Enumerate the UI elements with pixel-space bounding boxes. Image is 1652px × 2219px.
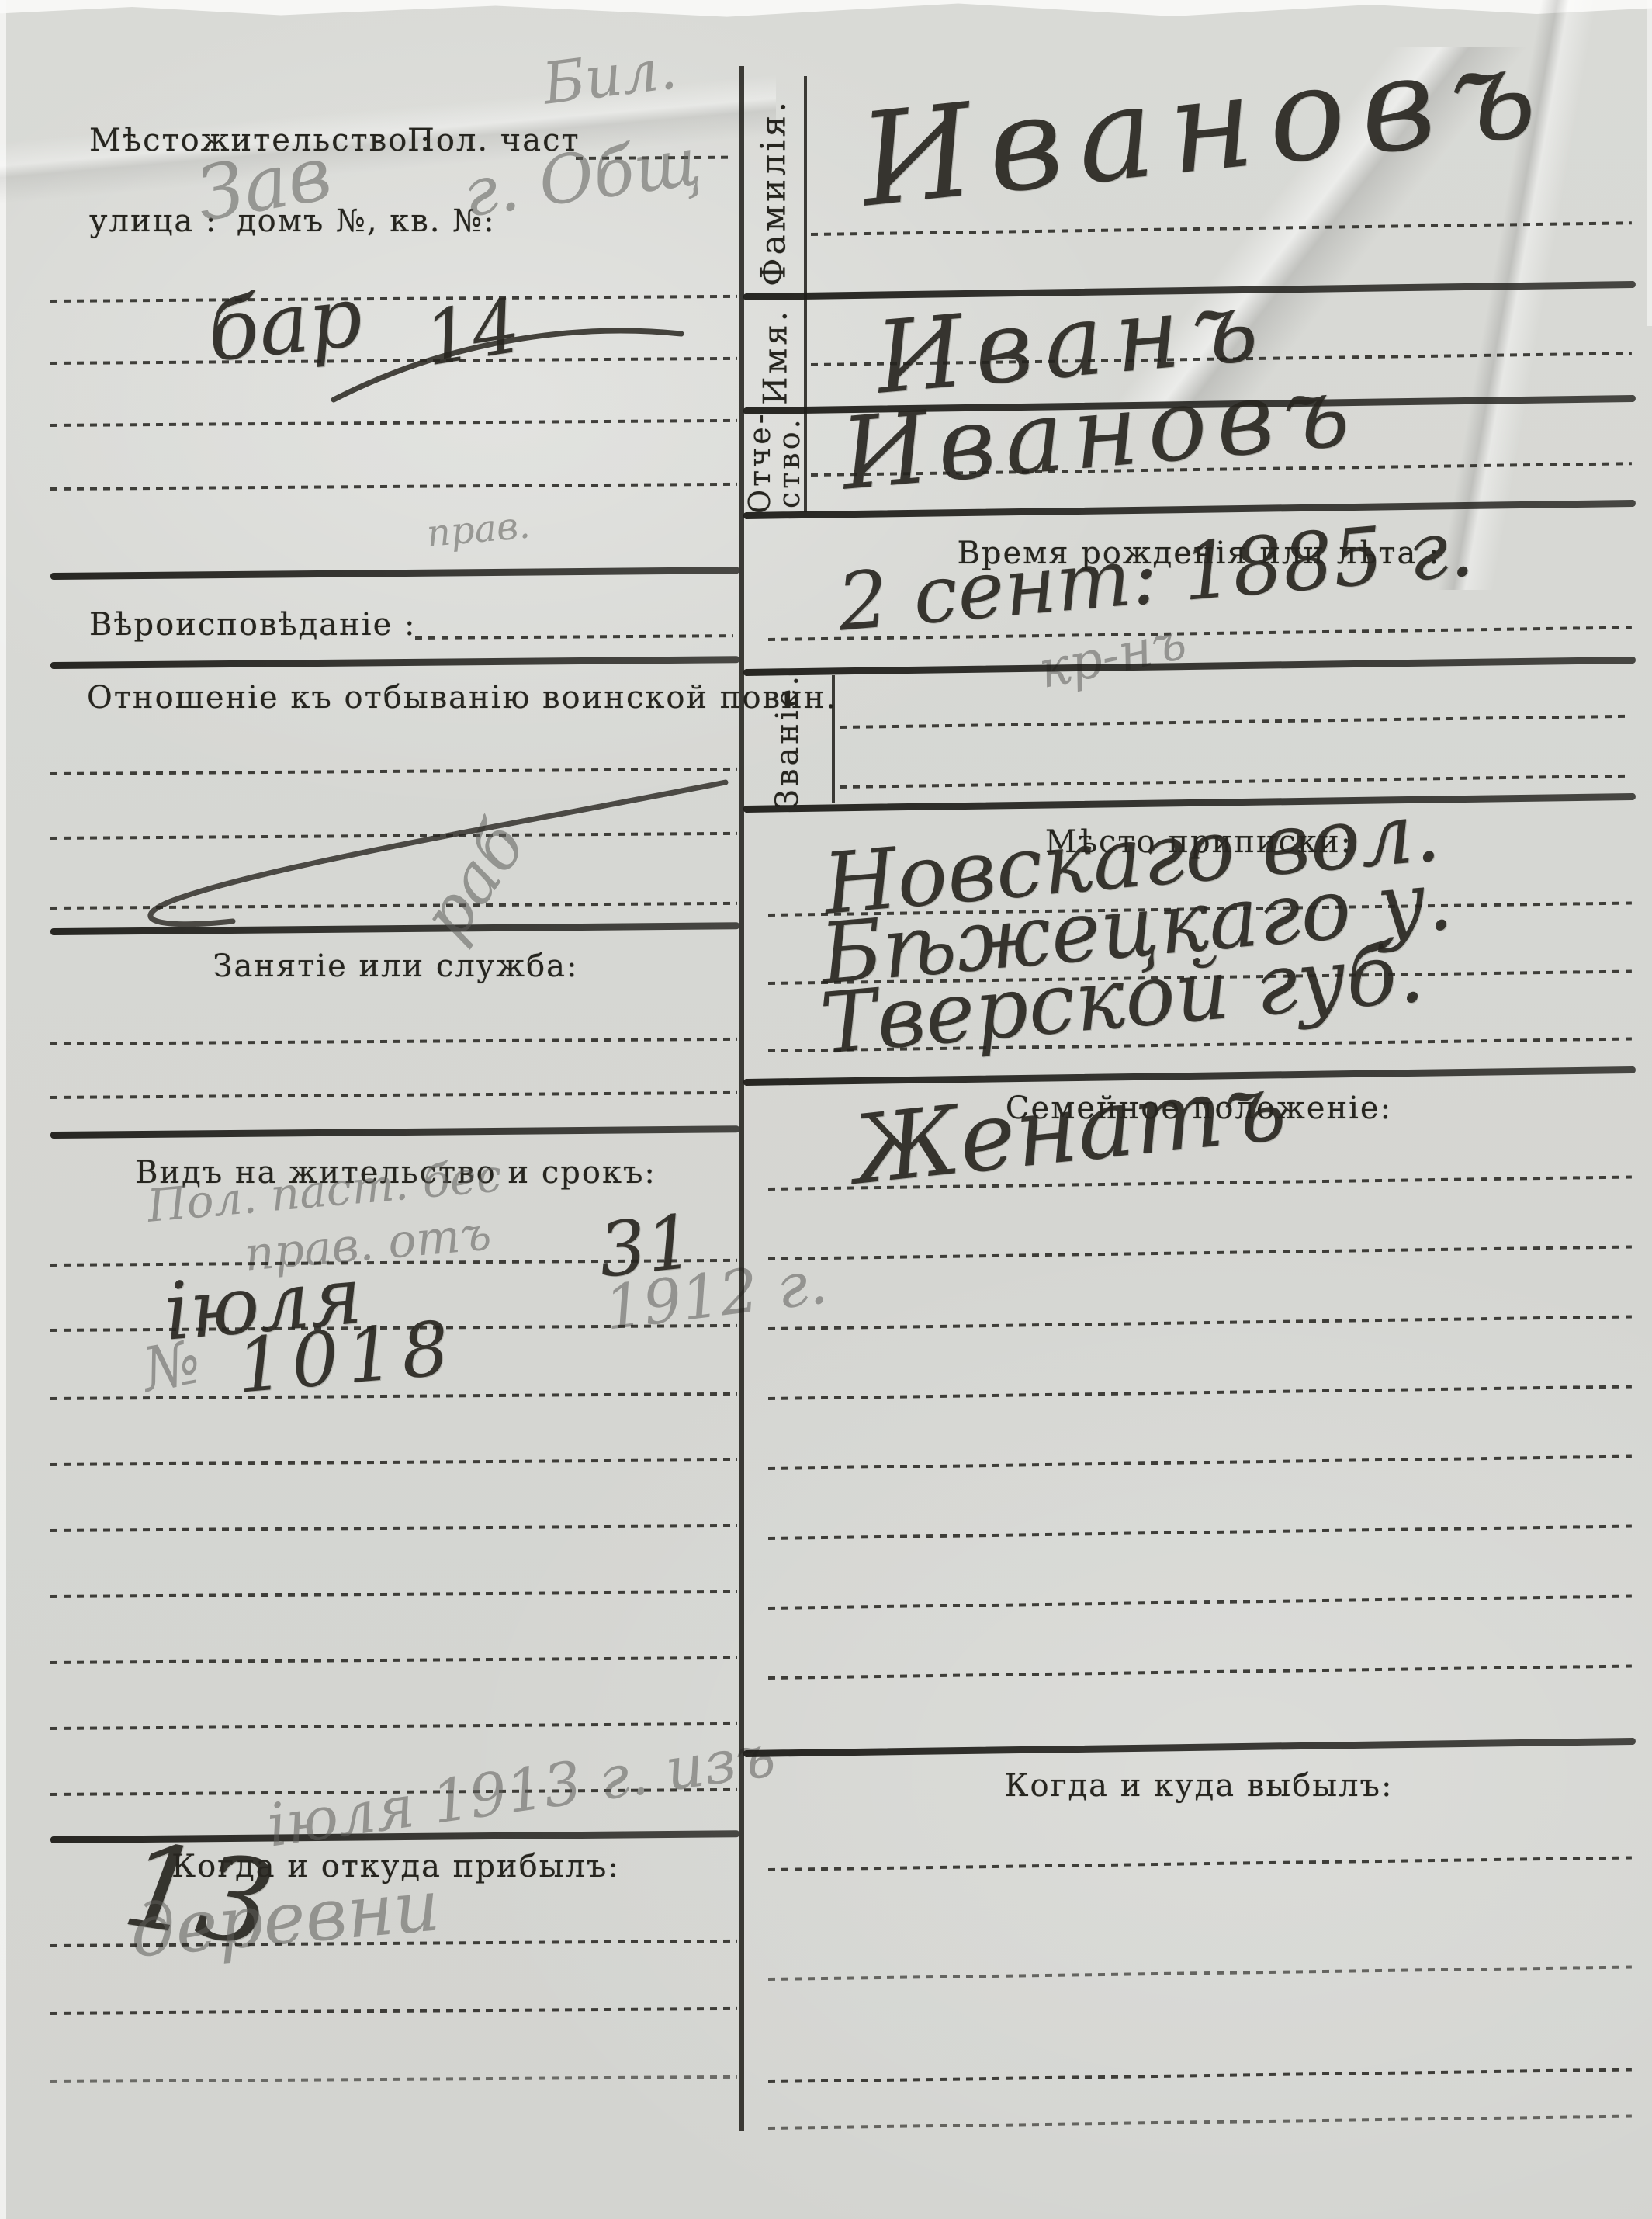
dotted-writing-line [50,357,737,365]
column-divider [739,66,744,2131]
dotted-writing-line [768,1385,1632,1400]
registration-card-scan: Мѣстожительство : Пол. част Бил. улица :… [0,0,1652,2219]
dotted-writing-line [50,1038,737,1045]
dotted-writing-line [768,1245,1632,1260]
dotted-writing-line [768,1965,1632,1981]
military-duty-label: Отношеніе къ отбыванію воинской повин. [87,680,837,716]
departure-label: Когда и куда выбылъ: [768,1768,1629,1804]
religion-label: Вѣроисповѣданіе : [89,607,416,643]
dotted-writing-line [768,1454,1632,1470]
dotted-writing-line [50,1722,737,1730]
dotted-writing-line [50,419,737,427]
dotted-writing-line [50,295,737,303]
section-divider-line [50,922,739,935]
address-number-handwriting: 14 [418,283,525,383]
section-divider-line [50,1125,739,1139]
dotted-writing-line [50,832,737,840]
rank-vertical-label: Званіе. [764,681,811,799]
occupation-label: Занятіе или служба: [50,948,741,984]
dotted-writing-line [50,483,737,491]
patronymic-vertical-label-1: Отче- [743,413,776,512]
dotted-writing-line [768,1524,1632,1540]
dotted-writing-line [768,2114,1632,2130]
dotted-writing-line [415,634,733,640]
dotted-writing-line [50,2075,737,2083]
dotted-writing-line [768,1856,1632,1871]
patronymic-vertical-label-2: ство. [773,413,805,512]
address-handwriting: бар [203,268,366,380]
religion-pencil-note: прав. [425,503,532,555]
dotted-writing-line [768,1664,1632,1680]
section-divider-line [743,1738,1636,1757]
dotted-writing-line [768,1315,1632,1330]
scan-edge-left [0,0,6,2219]
dotted-writing-line [50,2007,737,2015]
dotted-writing-line [50,768,737,775]
dotted-writing-line [50,1656,737,1664]
dotted-writing-line [50,1091,737,1099]
dotted-writing-line [840,775,1631,789]
section-divider-line [743,657,1636,676]
dotted-writing-line [50,1458,737,1466]
label-separator-line [832,675,835,803]
dotted-writing-line [50,1524,737,1532]
dotted-writing-line [50,902,737,910]
dotted-writing-line [840,715,1631,729]
surname-vertical-label: Фамилія. [750,89,798,295]
dotted-writing-line [768,2068,1632,2083]
dotted-writing-line [50,1590,737,1598]
section-divider-line [50,567,739,580]
section-divider-line [50,656,739,669]
permit-no-sign-pencil: № [137,1327,206,1406]
street-label: улица : [89,203,217,239]
name-vertical-label: Имя. [753,307,798,406]
dotted-writing-line [768,1594,1632,1610]
